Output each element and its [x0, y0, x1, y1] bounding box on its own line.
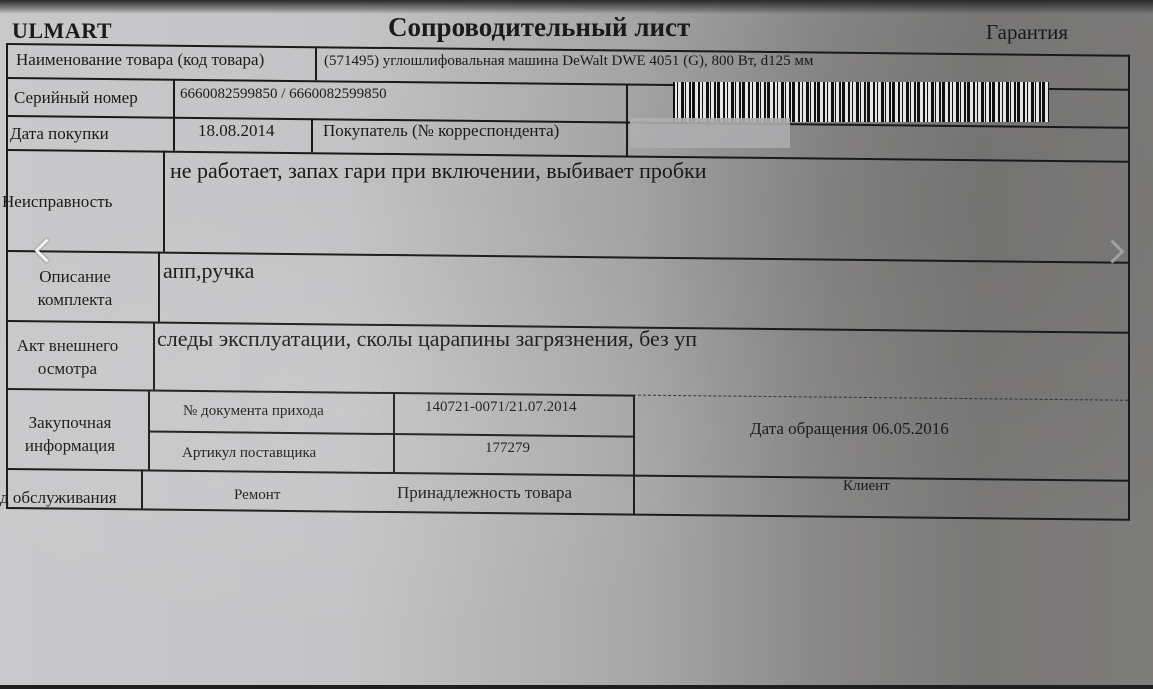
purchase-date-label: Дата покупки [10, 124, 109, 144]
buyer-label: Покупатель (№ корреспондента) [323, 121, 559, 141]
ownership-value: Клиент [843, 478, 890, 495]
supplier-article-value: 177279 [485, 440, 530, 457]
serial-label: Серийный номер [14, 88, 138, 108]
inspection-label: Акт внешнего осмотра [0, 335, 135, 381]
buyer-value-redacted [630, 118, 790, 148]
logo: ULMART [12, 18, 112, 44]
purchase-date-value: 18.08.2014 [198, 121, 275, 141]
service-sheet: ULMART Сопроводительный лист Гарантия [0, 0, 1153, 685]
ownership-label: Принадлежность товара [397, 483, 572, 503]
service-type-value: Ремонт [234, 487, 280, 504]
serial-value: 6660082599850 / 6660082599850 [180, 86, 387, 103]
document-photo: ULMART Сопроводительный лист Гарантия [0, 0, 1153, 685]
defect-label: Неисправность [2, 192, 112, 212]
product-label: Наименование товара (код товара) [16, 50, 264, 70]
supplier-article-label: Артикул поставщика [182, 445, 316, 462]
request-date: Дата обращения 06.05.2016 [750, 419, 949, 439]
receipt-doc-value: 140721-0071/21.07.2014 [425, 399, 577, 416]
receipt-doc-label: № документа прихода [183, 403, 324, 420]
barcode-icon [673, 82, 1049, 122]
warranty-label: Гарантия [986, 20, 1068, 45]
inspection-value: следы эксплуатации, сколы царапины загря… [157, 326, 697, 352]
product-value: (571495) углошлифовальная машина DeWalt … [324, 53, 813, 70]
document-title: Сопроводительный лист [388, 12, 690, 43]
kit-label: Описание комплекта [10, 266, 140, 312]
defect-value: не работает, запах гари при включении, в… [170, 158, 707, 184]
kit-value: апп,ручка [163, 258, 254, 284]
procurement-label: Закупочная информация [0, 412, 140, 458]
service-type-label: д обслуживания [0, 488, 117, 508]
